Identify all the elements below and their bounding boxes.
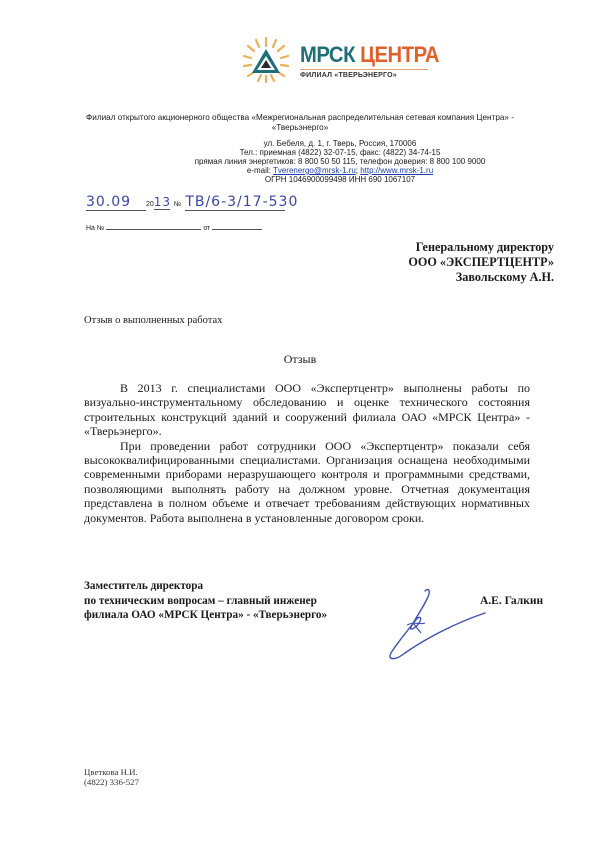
signatory-name: А.Е. Галкин [480,595,543,607]
letter-subject: Отзыв о выполненных работах [84,315,222,326]
reply-number-field [106,221,201,230]
logo-divider [300,69,428,70]
addressee-company: ООО «ЭКСПЕРТЦЕНТР» [408,255,554,270]
body-paragraph-2: При проведении работ сотрудники ООО «Экс… [84,439,530,525]
website-link[interactable]: http://www.mrsk-1.ru [360,166,433,175]
signatory-title-line2: по техническим вопросам – главный инжене… [84,594,327,609]
executor-phone: (4822) 336-527 [84,777,139,787]
outgoing-date: 30.09 [86,194,146,211]
separator: ; [356,166,358,175]
reply-from-label: от [203,225,210,232]
outgoing-number: ТВ/6-3/17-530 [185,194,285,211]
reply-label: На № [86,225,104,232]
number-label: № [174,201,182,208]
addressee-name: Завольскому А.Н. [408,270,554,285]
executor-block: Цветкова Н.И. (4822) 336-527 [84,767,139,787]
letter-heading: Отзыв [0,352,600,367]
letter-body: В 2013 г. специалистами ООО «Экспертцент… [84,381,530,525]
org-name-line1: Филиал открытого акционерного общества «… [70,113,530,123]
hotline: прямая линия энергетиков: 8 800 50 50 11… [150,157,530,166]
company-logo: МРСК ЦЕНТРА ФИЛИАЛ «ТВЕРЬЭНЕРГО» [238,32,438,90]
signatory-title: Заместитель директора по техническим воп… [84,579,327,623]
logo-subtitle: ФИЛИАЛ «ТВЕРЬЭНЕРГО» [300,72,397,79]
year-prefix: 20 [146,201,154,208]
reply-reference-line: На № от [86,221,262,232]
signatory-title-line1: Заместитель директора [84,579,327,594]
addressee-block: Генеральному директору ООО «ЭКСПЕРТЦЕНТР… [408,240,554,285]
address: ул. Бебеля, д. 1, г. Тверь, Россия, 1700… [180,139,500,148]
reply-date-field [212,221,262,230]
body-paragraph-1: В 2013 г. специалистами ООО «Экспертцент… [84,381,530,439]
executor-name: Цветкова Н.И. [84,767,139,777]
contacts-line: e-mail: Tverenergo@mrsk-1.ru; http://www… [180,166,500,175]
outgoing-year: 13 [154,195,170,210]
email-label: e-mail: [247,166,271,175]
outgoing-number-line: 30.092013 № ТВ/6-3/17-530 [86,193,285,211]
org-name-line2: «Тверьэнерго» [70,123,530,133]
addressee-position: Генеральному директору [408,240,554,255]
sun-triangle-emblem-icon [238,32,294,88]
registration-numbers: ОГРН 1046900099498 ИНН 690 1067107 [180,175,500,184]
logo-wordmark: МРСК ЦЕНТРА [300,43,439,67]
signatory-title-line3: филиала ОАО «МРСК Центра» - «Тверьэнерго… [84,608,327,623]
phones: Тел.: приемная (4822) 32-07-15, факс: (4… [180,148,500,157]
email-link[interactable]: Tverenergo@mrsk-1.ru [273,166,356,175]
